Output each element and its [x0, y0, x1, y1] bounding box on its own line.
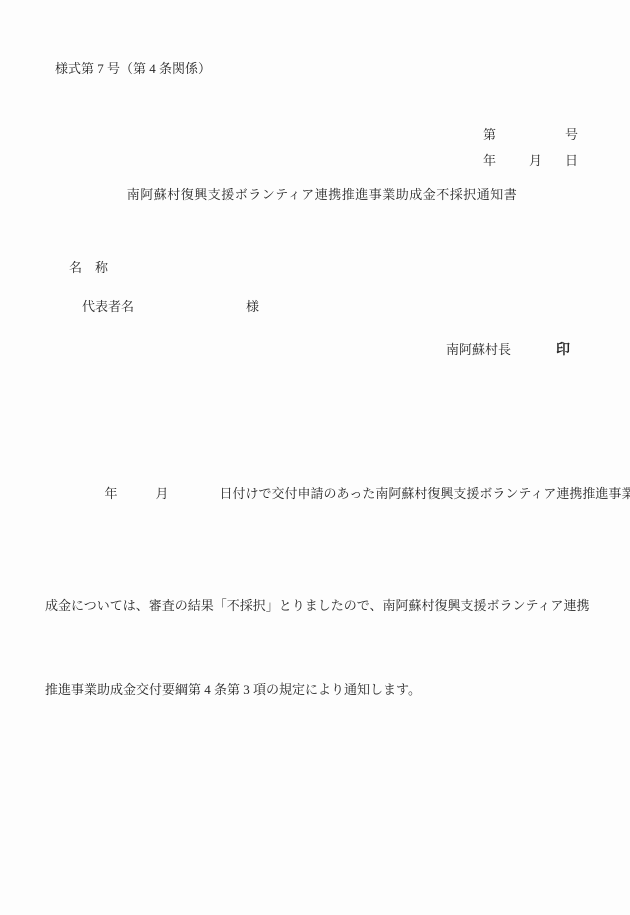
body-line-1-text: 日付けで交付申請のあった南阿蘇村復興支援ボランティア連携推進事業助 [220, 486, 630, 501]
document-title: 南阿蘇村復興支援ボランティア連携推進事業助成金不採択通知書 [0, 188, 630, 201]
representative-honorific: 様 [246, 299, 259, 314]
sender-line: 南阿蘇村長印 [433, 330, 570, 371]
date-day-label: 日 [565, 153, 578, 168]
date-month-label: 月 [529, 153, 542, 168]
body-month-label: 月 [156, 486, 169, 501]
body-line-3: 推進事業助成金交付要綱第 4 条第 3 項の規定により通知します。 [45, 676, 590, 704]
representative-line: 代表者名様 [69, 287, 259, 326]
body-year-label: 年 [105, 486, 118, 501]
date-line: 年月日 [470, 141, 578, 180]
form-number-label: 様式第 7 号（第 4 条関係） [55, 62, 211, 75]
doc-number-prefix: 第 [483, 127, 496, 142]
document-page: 様式第 7 号（第 4 条関係） 第号 年月日 南阿蘇村復興支援ボランティア連携… [0, 0, 630, 915]
body-line-2: 成金については、審査の結果「不採択」とりましたので、南阿蘇村復興支援ボランティア… [45, 592, 590, 620]
sender-name: 南阿蘇村長 [446, 342, 511, 357]
doc-number-suffix: 号 [565, 127, 578, 142]
date-year-label: 年 [483, 153, 496, 168]
representative-label: 代表者名 [82, 299, 134, 314]
recipient-name-label: 名 称 [69, 261, 108, 274]
body-paragraph: 年月日付けで交付申請のあった南阿蘇村復興支援ボランティア連携推進事業助 成金につ… [45, 396, 590, 760]
body-line-1: 年月日付けで交付申請のあった南阿蘇村復興支援ボランティア連携推進事業助 [45, 452, 590, 536]
seal-mark: 印 [556, 343, 570, 358]
